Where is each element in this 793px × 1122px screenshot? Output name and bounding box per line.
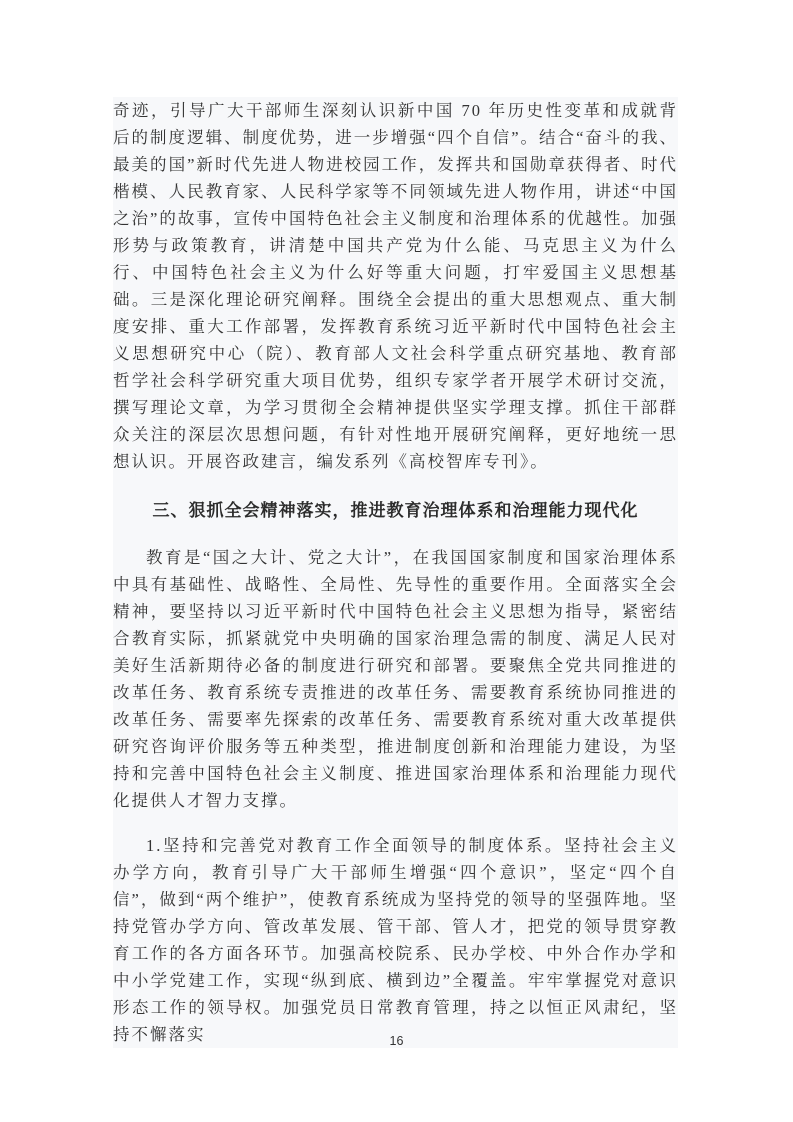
document-page: 奇迹，引导广大干部师生深刻认识新中国 70 年历史性变革和成就背后的制度逻辑、制… <box>0 0 793 1122</box>
section-heading: 三、狠抓全会精神落实，推进教育治理体系和治理能力现代化 <box>113 497 678 524</box>
paragraph: 教育是“国之大计、党之大计”，在我国国家制度和国家治理体系中具有基础性、战略性、… <box>113 544 678 814</box>
page-number: 16 <box>0 1034 793 1048</box>
paragraph: 1.坚持和完善党对教育工作全面领导的制度体系。坚持社会主义办学方向，教育引导广大… <box>113 832 678 1048</box>
paragraph-continuation: 奇迹，引导广大干部师生深刻认识新中国 70 年历史性变革和成就背后的制度逻辑、制… <box>113 97 678 475</box>
text-block: 奇迹，引导广大干部师生深刻认识新中国 70 年历史性变革和成就背后的制度逻辑、制… <box>113 97 678 1048</box>
